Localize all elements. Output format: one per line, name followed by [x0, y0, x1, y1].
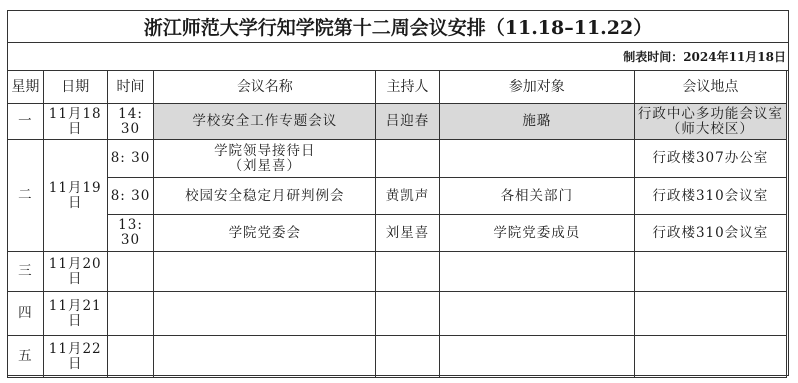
host-cell: 刘星喜 — [376, 215, 440, 252]
time-cell: 14: 30 — [107, 104, 154, 140]
header-row: 星期 日期 时间 会议名称 主持人 参加对象 会议地点 — [8, 71, 787, 104]
document-title: 浙江师范大学行知学院第十二周会议安排（11.18–11.22） — [8, 11, 788, 43]
header-location: 会议地点 — [634, 71, 786, 104]
time-cell — [107, 336, 154, 378]
location-cell: 行政中心多功能会议室 （师大校区） — [634, 104, 786, 140]
attendees-cell — [439, 336, 634, 378]
weekday-cell: 五 — [8, 336, 44, 378]
table-row: 8: 30 校园安全稳定月研判例会 黄凯声 各相关部门 行政楼310会议室 — [8, 178, 787, 215]
date-cell: 11月18日 — [43, 104, 107, 140]
meeting-name-cell: 学院领导接待日 （刘星喜） — [154, 140, 376, 178]
attendees-cell: 各相关部门 — [439, 178, 634, 215]
date-cell: 11月22日 — [43, 336, 107, 378]
date-cell: 11月19日 — [43, 140, 107, 252]
meeting-name-cell: 校园安全稳定月研判例会 — [154, 178, 376, 215]
header-date: 日期 — [43, 71, 107, 104]
attendees-cell — [439, 140, 634, 178]
meeting-name-line1: 学院领导接待日 — [154, 144, 375, 159]
time-cell: 13: 30 — [107, 215, 154, 252]
schedule-table: 星期 日期 时间 会议名称 主持人 参加对象 会议地点 一 11月18日 14:… — [7, 70, 787, 378]
meeting-schedule-sheet: 浙江师范大学行知学院第十二周会议安排（11.18–11.22） 制表时间：202… — [7, 10, 789, 376]
host-cell — [376, 292, 440, 336]
header-attendees: 参加对象 — [439, 71, 634, 104]
location-cell — [634, 336, 786, 378]
header-meeting-name: 会议名称 — [154, 71, 376, 104]
host-cell: 吕迎春 — [376, 104, 440, 140]
made-time: 制表时间：2024年11月18日 — [8, 43, 788, 71]
header-time: 时间 — [107, 71, 154, 104]
table-row: 四 11月21日 — [8, 292, 787, 336]
date-cell: 11月20日 — [43, 252, 107, 292]
table-row: 三 11月20日 — [8, 252, 787, 292]
header-host: 主持人 — [376, 71, 440, 104]
location-line2: （师大校区） — [635, 122, 786, 137]
table-row: 一 11月18日 14: 30 学校安全工作专题会议 吕迎春 施璐 行政中心多功… — [8, 104, 787, 140]
meeting-name-line2: （刘星喜） — [154, 159, 375, 174]
weekday-cell: 二 — [8, 140, 44, 252]
location-line1: 行政中心多功能会议室 — [635, 107, 786, 122]
attendees-cell: 学院党委成员 — [439, 215, 634, 252]
meeting-name-cell — [154, 252, 376, 292]
meeting-name-cell: 学校安全工作专题会议 — [154, 104, 376, 140]
time-cell — [107, 252, 154, 292]
header-weekday: 星期 — [8, 71, 44, 104]
location-cell: 行政楼310会议室 — [634, 215, 786, 252]
time-cell: 8: 30 — [107, 140, 154, 178]
location-cell — [634, 292, 786, 336]
weekday-cell: 三 — [8, 252, 44, 292]
time-cell: 8: 30 — [107, 178, 154, 215]
table-row: 五 11月22日 — [8, 336, 787, 378]
weekday-cell: 一 — [8, 104, 44, 140]
weekday-cell: 四 — [8, 292, 44, 336]
date-cell: 11月21日 — [43, 292, 107, 336]
location-cell — [634, 252, 786, 292]
meeting-name-cell — [154, 292, 376, 336]
host-cell — [376, 140, 440, 178]
host-cell — [376, 252, 440, 292]
location-cell: 行政楼307办公室 — [634, 140, 786, 178]
location-cell: 行政楼310会议室 — [634, 178, 786, 215]
attendees-cell — [439, 252, 634, 292]
meeting-name-cell: 学院党委会 — [154, 215, 376, 252]
time-cell — [107, 292, 154, 336]
table-row: 13: 30 学院党委会 刘星喜 学院党委成员 行政楼310会议室 — [8, 215, 787, 252]
attendees-cell — [439, 292, 634, 336]
table-row: 二 11月19日 8: 30 学院领导接待日 （刘星喜） 行政楼307办公室 — [8, 140, 787, 178]
host-cell: 黄凯声 — [376, 178, 440, 215]
host-cell — [376, 336, 440, 378]
attendees-cell: 施璐 — [439, 104, 634, 140]
meeting-name-cell — [154, 336, 376, 378]
